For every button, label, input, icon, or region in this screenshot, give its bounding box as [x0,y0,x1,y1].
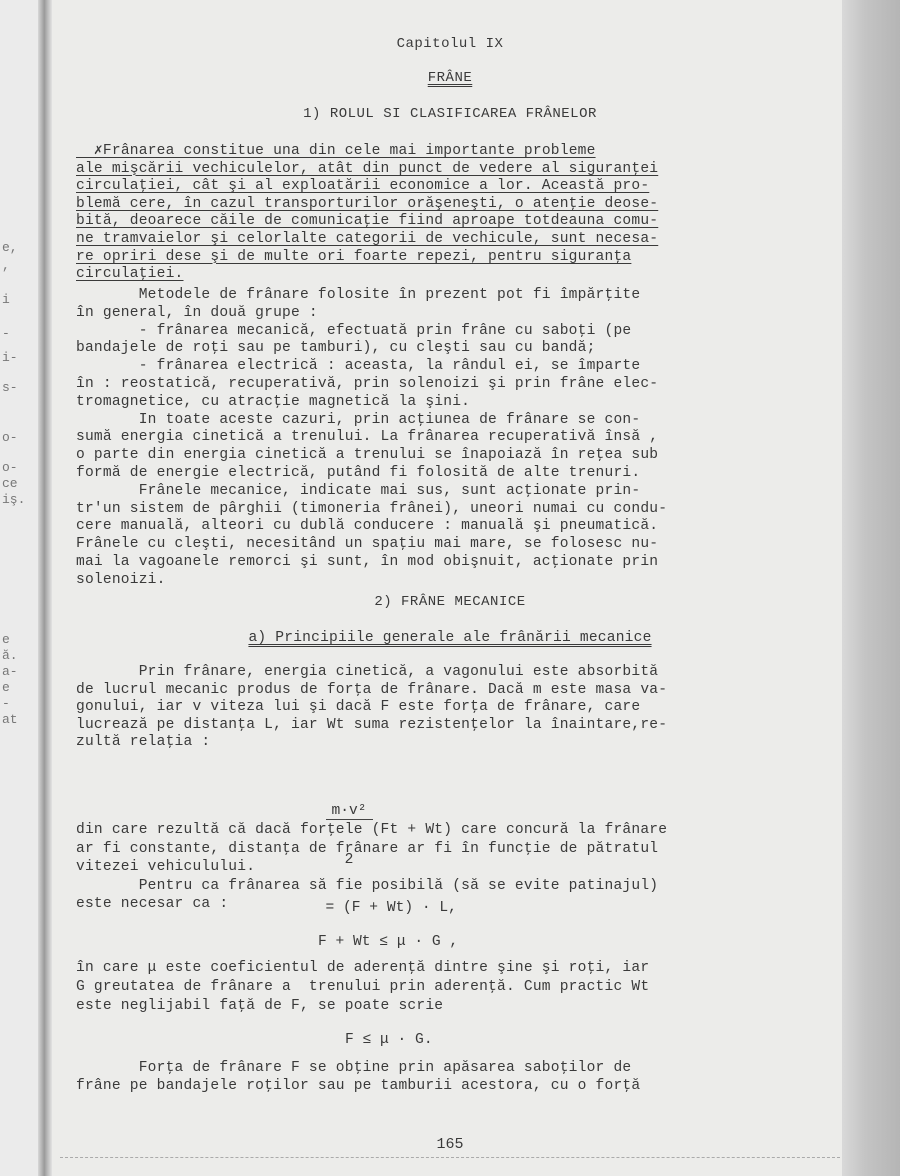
text-line: din care rezultă că dacă forţele (Ft + W… [76,822,667,839]
text-line: - frânarea mecanică, efectuată prin frân… [76,323,631,340]
text-line: Forţa de frânare F se obţine prin apăsar… [76,1060,631,1077]
text-line: bită, deoarece căile de comunicaţie fiin… [76,213,658,230]
margin-fragment: - [2,696,10,711]
formula-adhesion: F + Wt ≤ μ · G , [318,934,458,950]
text-line: este neglijabil faţă de F, se poate scri… [76,998,443,1015]
formula-simplified: F ≤ μ · G. [345,1032,433,1048]
margin-fragment: o- [2,430,18,445]
text-line: blemă cere, în cazul transporturilor oră… [76,196,658,213]
text-line: gonului, iar v viteza lui şi dacă F este… [76,699,640,716]
margin-fragment: i- [2,350,18,365]
text-line: de lucrul mecanic produs de forţa de frâ… [76,682,667,699]
chapter-label: Capitolul IX [0,36,900,53]
text-line: cere manuală, alteori cu dublă conducere… [76,518,658,535]
text-line: circulaţiei, cât şi al exploatării econo… [76,178,649,195]
text-line: G greutatea de frânare a trenului prin a… [76,979,649,996]
text-line: Metodele de frânare folosite în prezent … [76,287,640,304]
text-line: tr'un sistem de pârghii (timoneria frâne… [76,501,667,518]
margin-fragment: ă. [2,648,18,663]
margin-fragment: i [2,292,10,307]
subsection-a-title: a) Principiile generale ale frânării mec… [0,630,900,647]
formula-rhs: = (F + Wt) · L, [326,900,457,916]
margin-fragment: o- [2,460,18,475]
chapter-title: FRÂNE [0,70,900,87]
page-number: 165 [0,1136,900,1153]
margin-fragment: e [2,680,10,695]
text-line: Pentru ca frânarea să fie posibilă (să s… [76,878,658,895]
margin-fragment: iş. [2,492,25,507]
footer-rule [60,1157,840,1158]
text-line: solenoizi. [76,572,166,589]
margin-fragment: - [2,326,10,341]
text-line: ar fi constante, distanţa de frânare ar … [76,841,658,858]
text-line: mai la vagoanele remorci şi sunt, în mod… [76,554,658,571]
text-line: o parte din energia cinetică a trenului … [76,447,658,464]
text-line: sumă energia cinetică a trenului. La frâ… [76,429,658,446]
margin-fragment: ce [2,476,18,491]
text-line: ne tramvaielor şi celorlalte categorii d… [76,231,658,248]
margin-fragment: s- [2,380,18,395]
text-line: în care μ este coeficientul de aderenţă … [76,960,649,977]
text-line: In toate aceste cazuri, prin acţiunea de… [76,412,640,429]
text-line: re opriri dese şi de multe ori foarte re… [76,249,631,266]
formula-numerator: m·v² [326,803,373,820]
margin-fragment: e, [2,240,18,255]
book-gutter [38,0,52,1176]
text-line: - frânarea electrică : aceasta, la rându… [76,358,640,375]
margin-fragment: , [2,258,10,273]
text-line: în : reostatică, recuperativă, prin sole… [76,376,658,393]
text-line: este necesar ca : [76,896,228,913]
text-line: frâne pe bandajele roţilor sau pe tambur… [76,1078,640,1095]
text-line: Frânele cu cleşti, necesitând un spaţiu … [76,536,658,553]
text-line: formă de energie electrică, putând fi fo… [76,465,640,482]
page-edge-shadow [842,0,900,1176]
text-line: Frânele mecanice, indicate mai sus, sunt… [76,483,640,500]
previous-page-edge: e, , i - i- s- o- o- ce iş. e ă. a- e - … [0,0,42,1176]
text-line: zultă relaţia : [76,734,210,751]
margin-fragment: at [2,712,18,727]
text-line: în general, în două grupe : [76,305,318,322]
section-1-title: 1) ROLUL SI CLASIFICAREA FRÂNELOR [0,106,900,123]
text-line: tromagnetice, cu atracţie magnetică la ş… [76,394,470,411]
text-line: circulaţiei. [76,266,184,283]
text-line: Prin frânare, energia cinetică, a vagonu… [76,664,658,681]
text-line: ale mişcării vechiculelor, atât din punc… [76,161,658,178]
margin-fragment: a- [2,664,18,679]
text-line: lucrează pe distanţa L, iar Wt suma rezi… [76,717,667,734]
text-line: vitezei vehiculului. [76,859,255,876]
text-line: bandajele de roţi sau pe tamburi), cu cl… [76,340,596,357]
text-line: ✗Frânarea constitue una din cele mai imp… [76,143,596,160]
section-2-title: 2) FRÂNE MECANICE [0,594,900,611]
